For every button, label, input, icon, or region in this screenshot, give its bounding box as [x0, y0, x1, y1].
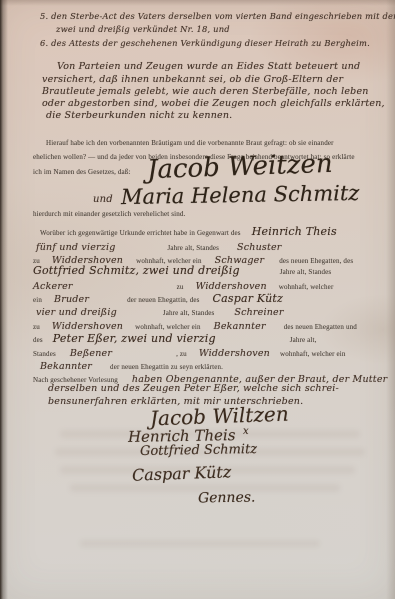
- document-line: oder abgestorben sind, wobei die Zeugen …: [42, 99, 385, 109]
- handwritten-text: Brautleute jemals gelebt, wie auch deren…: [42, 87, 369, 97]
- handwritten-text: Heinrich Theis: [252, 226, 337, 238]
- handwritten-text: oder abgestorben sind, wobei die Zeugen …: [42, 99, 385, 109]
- handwritten-text: und: [93, 194, 113, 205]
- printed-text: hierdurch mit einander gesetzlich verehe…: [33, 211, 185, 218]
- ink-bleedthrough: [60, 430, 360, 438]
- document-line: 6. des Attests der geschehenen Verkündig…: [40, 39, 370, 48]
- printed-text: Worüber ich gegenwärtige Urkunde erricht…: [40, 230, 241, 237]
- handwritten-text: Gennes.: [198, 490, 256, 507]
- handwritten-text: Peter Eßer, zwei und vierzig: [53, 333, 216, 345]
- handwritten-text: 5. den Sterbe-Act des Vaters derselben v…: [40, 12, 395, 21]
- document-line: Brautleute jemals gelebt, wie auch deren…: [42, 87, 369, 97]
- handwritten-text: Maria Helena Schmitz: [121, 182, 360, 208]
- handwritten-text: Jacob Weitzen: [147, 149, 334, 185]
- document-line: ich im Namen des Gesetzes, daß:: [33, 169, 131, 176]
- document-line: derselben und des Zeugen Peter Eßer, wel…: [48, 384, 339, 394]
- handwritten-text: Von Parteien und Zeugen wurde an Eides S…: [57, 62, 360, 72]
- document-page: 5. den Sterbe-Act des Vaters derselben v…: [0, 0, 395, 599]
- handwritten-text: versichert, daß ihnen unbekannt sei, ob …: [42, 75, 343, 85]
- ink-bleedthrough: [70, 484, 340, 492]
- printed-text: wohnhaft, welcher ein: [280, 351, 346, 358]
- bride-name-handwritten: und Maria Helena Schmitz: [93, 184, 359, 207]
- ink-bleedthrough: [60, 466, 355, 474]
- printed-text: wohnhaft, welcher: [279, 284, 334, 291]
- document-line: die Sterbeurkunden nicht zu kennen.: [46, 111, 232, 121]
- document-line: Hierauf habe ich den vorbenannten Bräuti…: [46, 140, 334, 147]
- document-line: zwei und dreißig verkündet Nr. 18, und: [56, 25, 230, 34]
- handwritten-text: Gottfried Schmitz, zwei und dreißig: [33, 265, 240, 277]
- ink-bleedthrough: [80, 540, 320, 547]
- handwritten-text: die Sterbeurkunden nicht zu kennen.: [46, 111, 232, 121]
- handwritten-text: zwei und dreißig verkündet Nr. 18, und: [56, 25, 230, 34]
- document-line: 5. den Sterbe-Act des Vaters derselben v…: [40, 12, 395, 21]
- document-line: hierdurch mit einander gesetzlich verehe…: [33, 211, 185, 218]
- signature-gennes: Gennes.: [198, 491, 256, 507]
- printed-text: Hierauf habe ich den vorbenannten Bräuti…: [46, 140, 334, 147]
- ink-bleedthrough: [55, 448, 365, 456]
- document-line: Von Parteien und Zeugen wurde an Eides S…: [57, 62, 360, 72]
- handwritten-text: 6. des Attests der geschehenen Verkündig…: [40, 39, 370, 48]
- printed-text: Jahre alt, Standes: [280, 269, 332, 276]
- printed-text: ich im Namen des Gesetzes, daß:: [33, 169, 131, 176]
- handwritten-text: derselben und des Zeugen Peter Eßer, wel…: [48, 384, 339, 394]
- groom-name-handwritten: Jacob Weitzen: [147, 151, 333, 185]
- document-line: versichert, daß ihnen unbekannt sei, ob …: [42, 75, 343, 85]
